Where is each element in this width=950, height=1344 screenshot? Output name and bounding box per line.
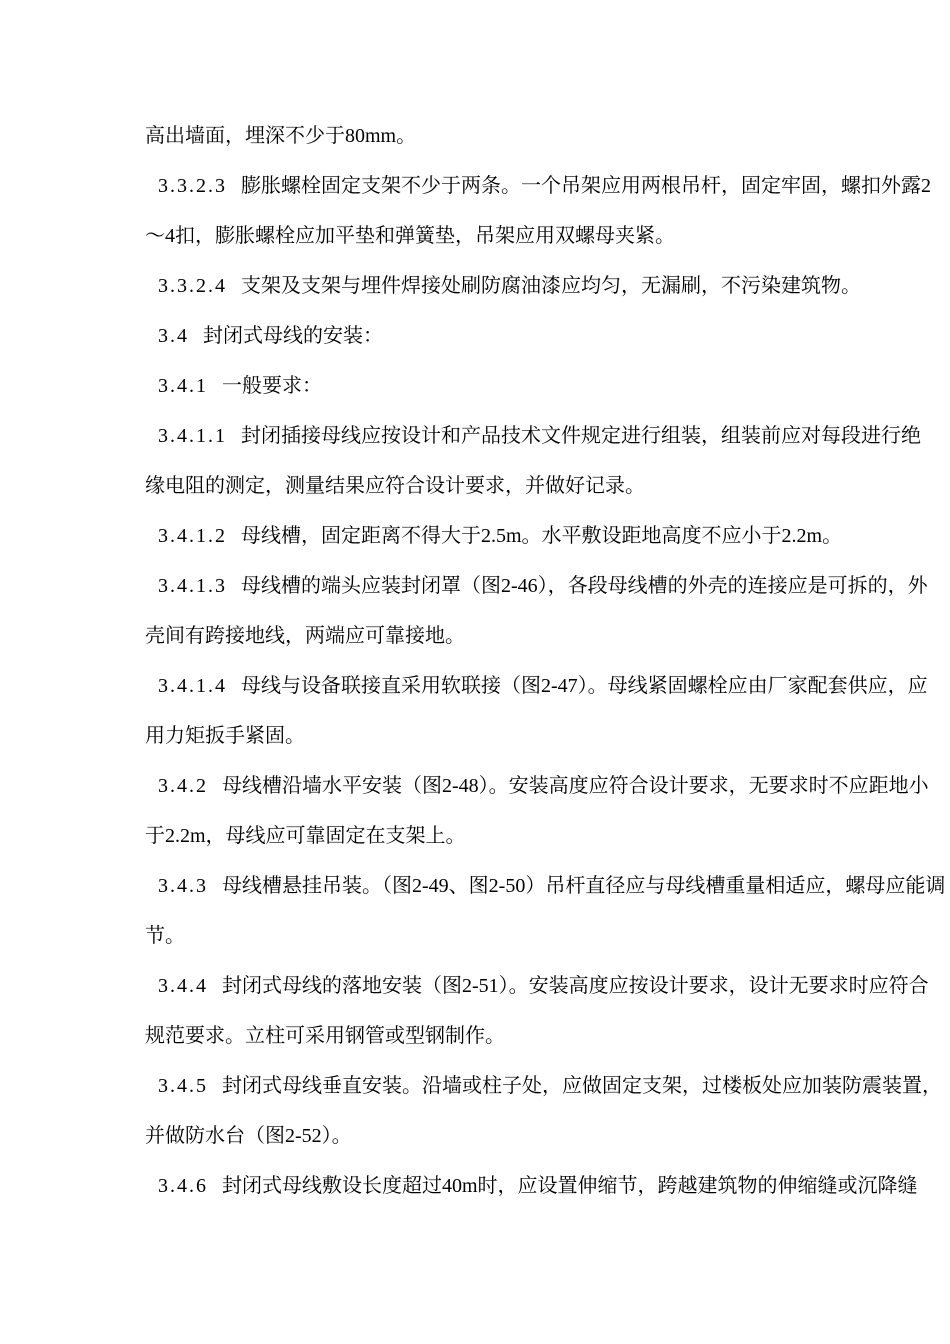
text-line: 节。 xyxy=(145,911,820,961)
section-number: 3.4.4 xyxy=(158,975,208,997)
text-line: 3.3.2.3膨胀螺栓固定支架不少于两条。一个吊架应用两根吊杆，固定牢固，螺扣外… xyxy=(145,161,820,211)
text-line: 于2.2m，母线应可靠固定在支架上。 xyxy=(145,811,820,861)
line-text: 高出墙面，埋深不少于80mm。 xyxy=(145,125,416,147)
line-text: 缘电阻的测定，测量结果应符合设计要求，并做好记录。 xyxy=(145,475,645,497)
section-number: 3.4.1.3 xyxy=(158,575,227,597)
line-text: 壳间有跨接地线，两端应可靠接地。 xyxy=(145,625,465,647)
section-number: 3.4.6 xyxy=(158,1175,208,1197)
text-line: 缘电阻的测定，测量结果应符合设计要求，并做好记录。 xyxy=(145,461,820,511)
line-text: 封闭式母线的安装： xyxy=(203,325,383,347)
line-text: 并做防水台（图2-52）。 xyxy=(145,1125,352,1147)
text-line: 3.4.4封闭式母线的落地安装（图2-51）。安装高度应按设计要求，设计无要求时… xyxy=(145,961,820,1011)
line-text: 母线槽悬挂吊装。（图2-49、图2-50）吊杆直径应与母线槽重量相适应，螺母应能… xyxy=(222,875,945,897)
line-text: ～4扣，膨胀螺栓应加平垫和弹簧垫，吊架应用双螺母夹紧。 xyxy=(145,225,675,247)
line-text: 规范要求。立柱可采用钢管或型钢制作。 xyxy=(145,1025,505,1047)
section-number: 3.4 xyxy=(158,325,189,347)
text-line: 3.4.1.4母线与设备联接直采用软联接（图2-47）。母线紧固螺栓应由厂家配套… xyxy=(145,661,820,711)
line-text: 封闭式母线垂直安装。沿墙或柱子处，应做固定支架，过楼板处应加装防震装置， xyxy=(222,1075,942,1097)
text-line: 3.4.6封闭式母线敷设长度超过40m时，应设置伸缩节，跨越建筑物的伸缩缝或沉降… xyxy=(145,1161,820,1211)
section-number: 3.3.2.4 xyxy=(158,275,227,297)
section-number: 3.4.1.1 xyxy=(158,425,227,447)
section-number: 3.4.2 xyxy=(158,775,208,797)
section-number: 3.4.1.4 xyxy=(158,675,227,697)
section-number: 3.4.1 xyxy=(158,375,208,397)
section-number: 3.4.1.2 xyxy=(158,525,227,547)
line-text: 封闭插接母线应按设计和产品技术文件规定进行组装，组装前应对每段进行绝 xyxy=(241,425,921,447)
line-text: 支架及支架与埋件焊接处刷防腐油漆应均匀，无漏刷，不污染建筑物。 xyxy=(241,275,861,297)
section-number: 3.4.5 xyxy=(158,1075,208,1097)
line-text: 封闭式母线的落地安装（图2-51）。安装高度应按设计要求，设计无要求时应符合 xyxy=(222,975,929,997)
text-line: 3.4.1.2母线槽，固定距离不得大于2.5m。水平敷设距地高度不应小于2.2m… xyxy=(145,511,820,561)
line-text: 母线槽，固定距离不得大于2.5m。水平敷设距地高度不应小于2.2m。 xyxy=(241,525,842,547)
text-line: 3.4.1.1封闭插接母线应按设计和产品技术文件规定进行组装，组装前应对每段进行… xyxy=(145,411,820,461)
line-text: 膨胀螺栓固定支架不少于两条。一个吊架应用两根吊杆，固定牢固，螺扣外露2 xyxy=(241,175,931,197)
text-line: 高出墙面，埋深不少于80mm。 xyxy=(145,111,820,161)
line-text: 一般要求： xyxy=(222,375,322,397)
text-line: 3.4.5封闭式母线垂直安装。沿墙或柱子处，应做固定支架，过楼板处应加装防震装置… xyxy=(145,1061,820,1111)
section-number: 3.3.2.3 xyxy=(158,175,227,197)
line-text: 母线与设备联接直采用软联接（图2-47）。母线紧固螺栓应由厂家配套供应，应 xyxy=(241,675,928,697)
text-line: 3.4封闭式母线的安装： xyxy=(145,311,820,361)
line-text: 于2.2m，母线应可靠固定在支架上。 xyxy=(145,825,466,847)
text-line: 3.4.1.3母线槽的端头应装封闭罩（图2-46），各段母线槽的外壳的连接应是可… xyxy=(145,561,820,611)
line-text: 用力矩扳手紧固。 xyxy=(145,725,305,747)
text-line: 并做防水台（图2-52）。 xyxy=(145,1111,820,1161)
document-page: 高出墙面，埋深不少于80mm。 3.3.2.3膨胀螺栓固定支架不少于两条。一个吊… xyxy=(0,0,950,1344)
line-text: 母线槽沿墙水平安装（图2-48）。安装高度应符合设计要求，无要求时不应距地小 xyxy=(222,775,929,797)
section-number: 3.4.3 xyxy=(158,875,208,897)
line-text: 节。 xyxy=(145,925,185,947)
line-text: 母线槽的端头应装封闭罩（图2-46），各段母线槽的外壳的连接应是可拆的，外 xyxy=(241,575,928,597)
text-line: 3.4.3母线槽悬挂吊装。（图2-49、图2-50）吊杆直径应与母线槽重量相适应… xyxy=(145,861,820,911)
text-line: 规范要求。立柱可采用钢管或型钢制作。 xyxy=(145,1011,820,1061)
text-line: 用力矩扳手紧固。 xyxy=(145,711,820,761)
text-line: 3.3.2.4支架及支架与埋件焊接处刷防腐油漆应均匀，无漏刷，不污染建筑物。 xyxy=(145,261,820,311)
text-line: 壳间有跨接地线，两端应可靠接地。 xyxy=(145,611,820,661)
text-line: ～4扣，膨胀螺栓应加平垫和弹簧垫，吊架应用双螺母夹紧。 xyxy=(145,211,820,261)
text-line: 3.4.1一般要求： xyxy=(145,361,820,411)
line-text: 封闭式母线敷设长度超过40m时，应设置伸缩节，跨越建筑物的伸缩缝或沉降缝 xyxy=(222,1175,918,1197)
text-line: 3.4.2母线槽沿墙水平安装（图2-48）。安装高度应符合设计要求，无要求时不应… xyxy=(145,761,820,811)
